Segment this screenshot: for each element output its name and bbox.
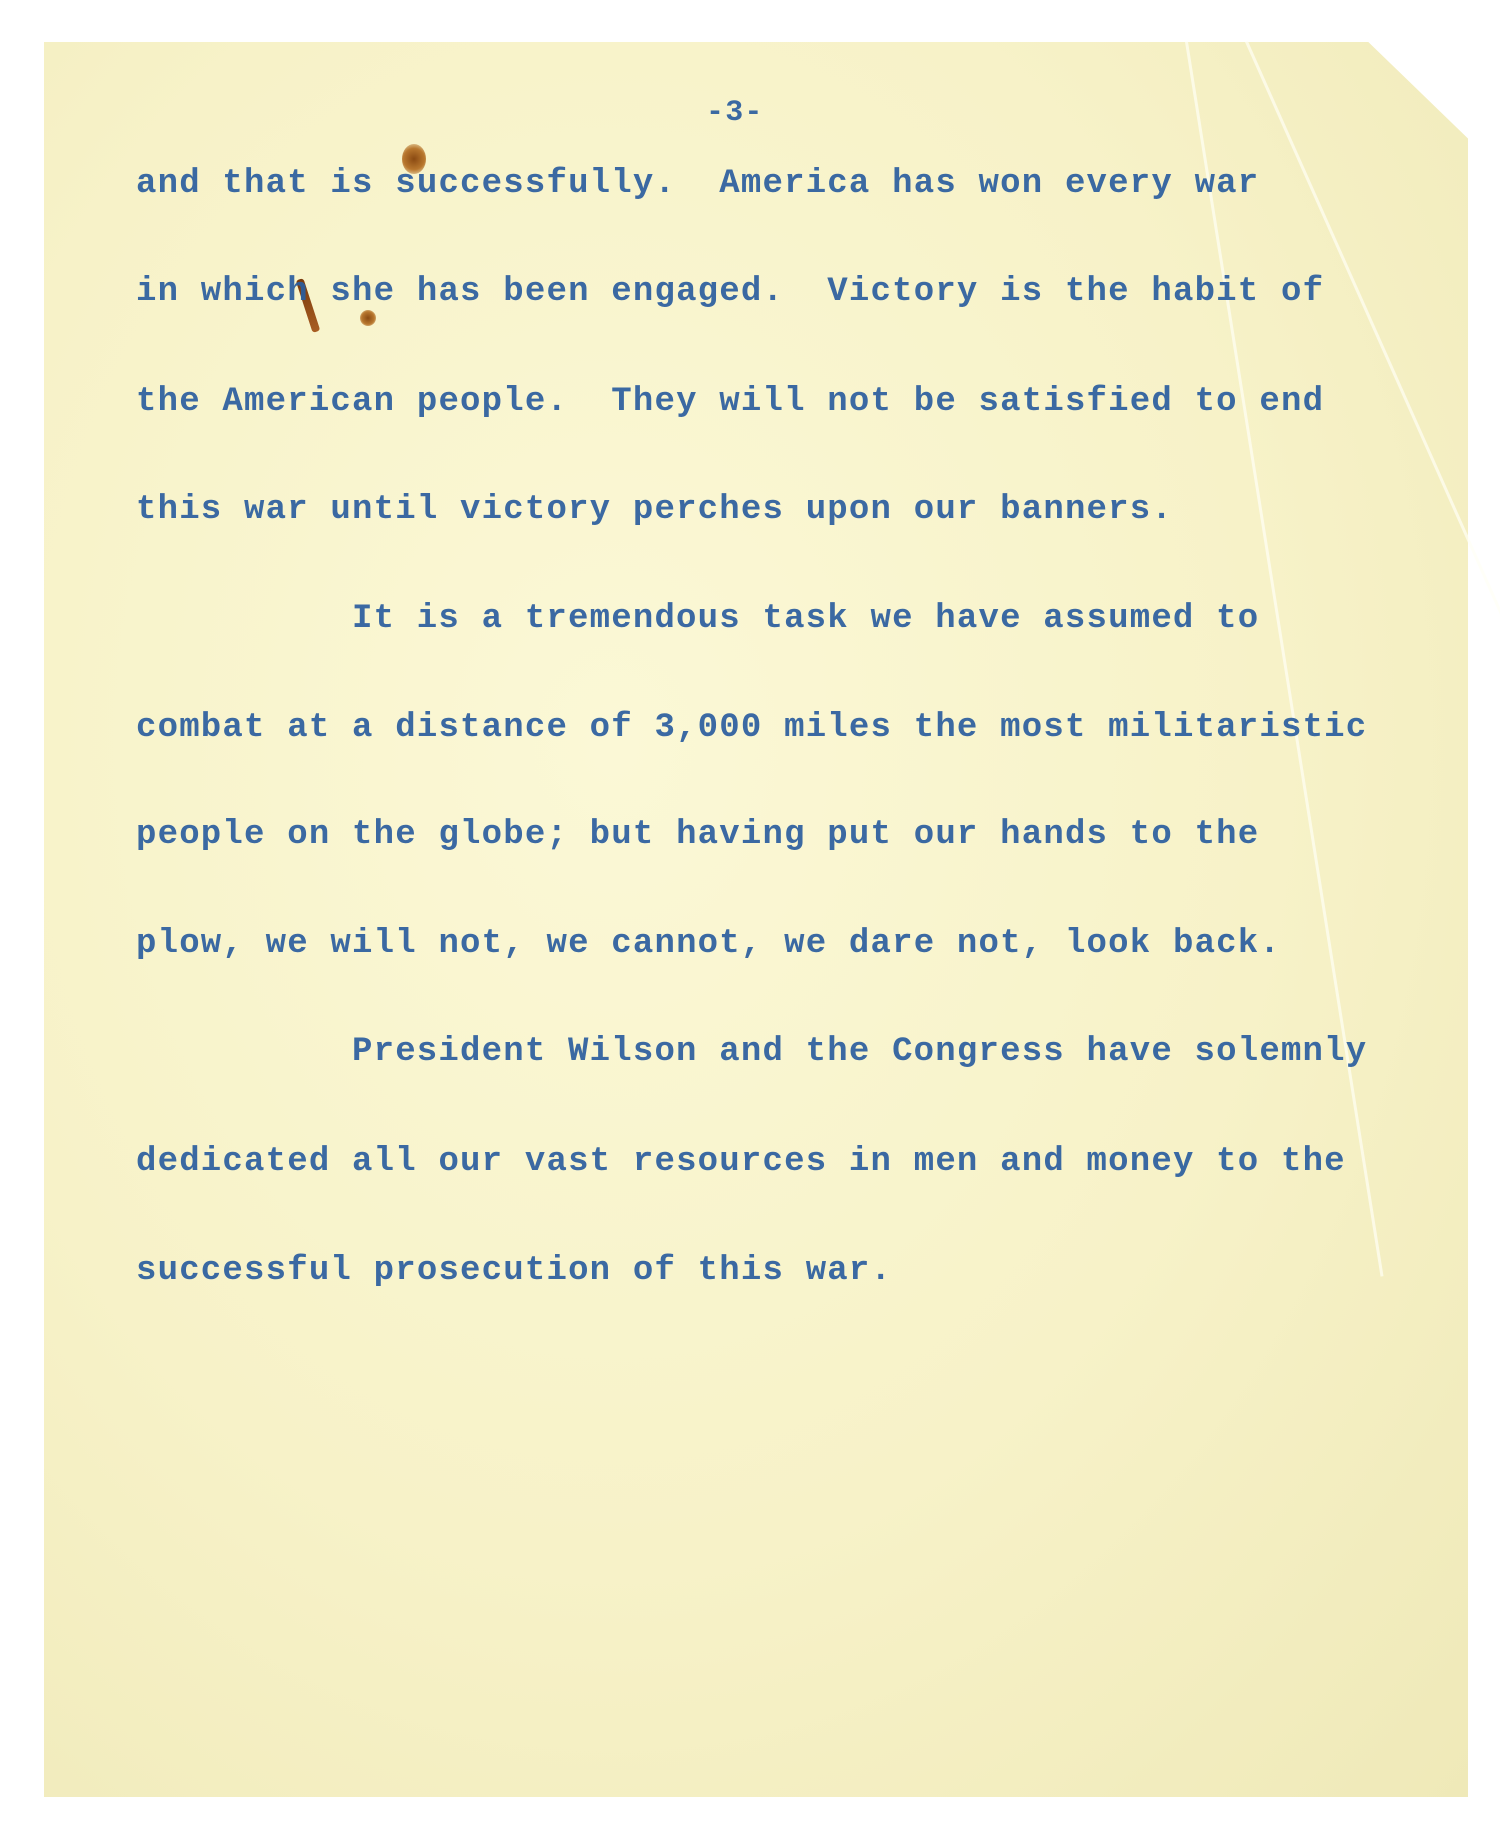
rust-stain [360,310,376,326]
text-line-indented: President Wilson and the Congress have s… [352,1033,1367,1071]
text-line: people on the globe; but having put our … [136,816,1259,854]
page-number: -3- [706,96,764,130]
text-line-indented: It is a tremendous task we have assumed … [352,600,1259,638]
text-line: combat at a distance of 3,000 miles the … [136,709,1367,747]
text-line: this war until victory perches upon our … [136,491,1173,529]
text-line: and that is successfully. America has wo… [136,165,1259,203]
text-line: the American people. They will not be sa… [136,383,1324,421]
text-line: in which she has been engaged. Victory i… [136,273,1324,311]
text-line: plow, we will not, we cannot, we dare no… [136,925,1281,963]
text-line: successful prosecution of this war. [136,1252,892,1290]
text-line: dedicated all our vast resources in men … [136,1143,1346,1181]
